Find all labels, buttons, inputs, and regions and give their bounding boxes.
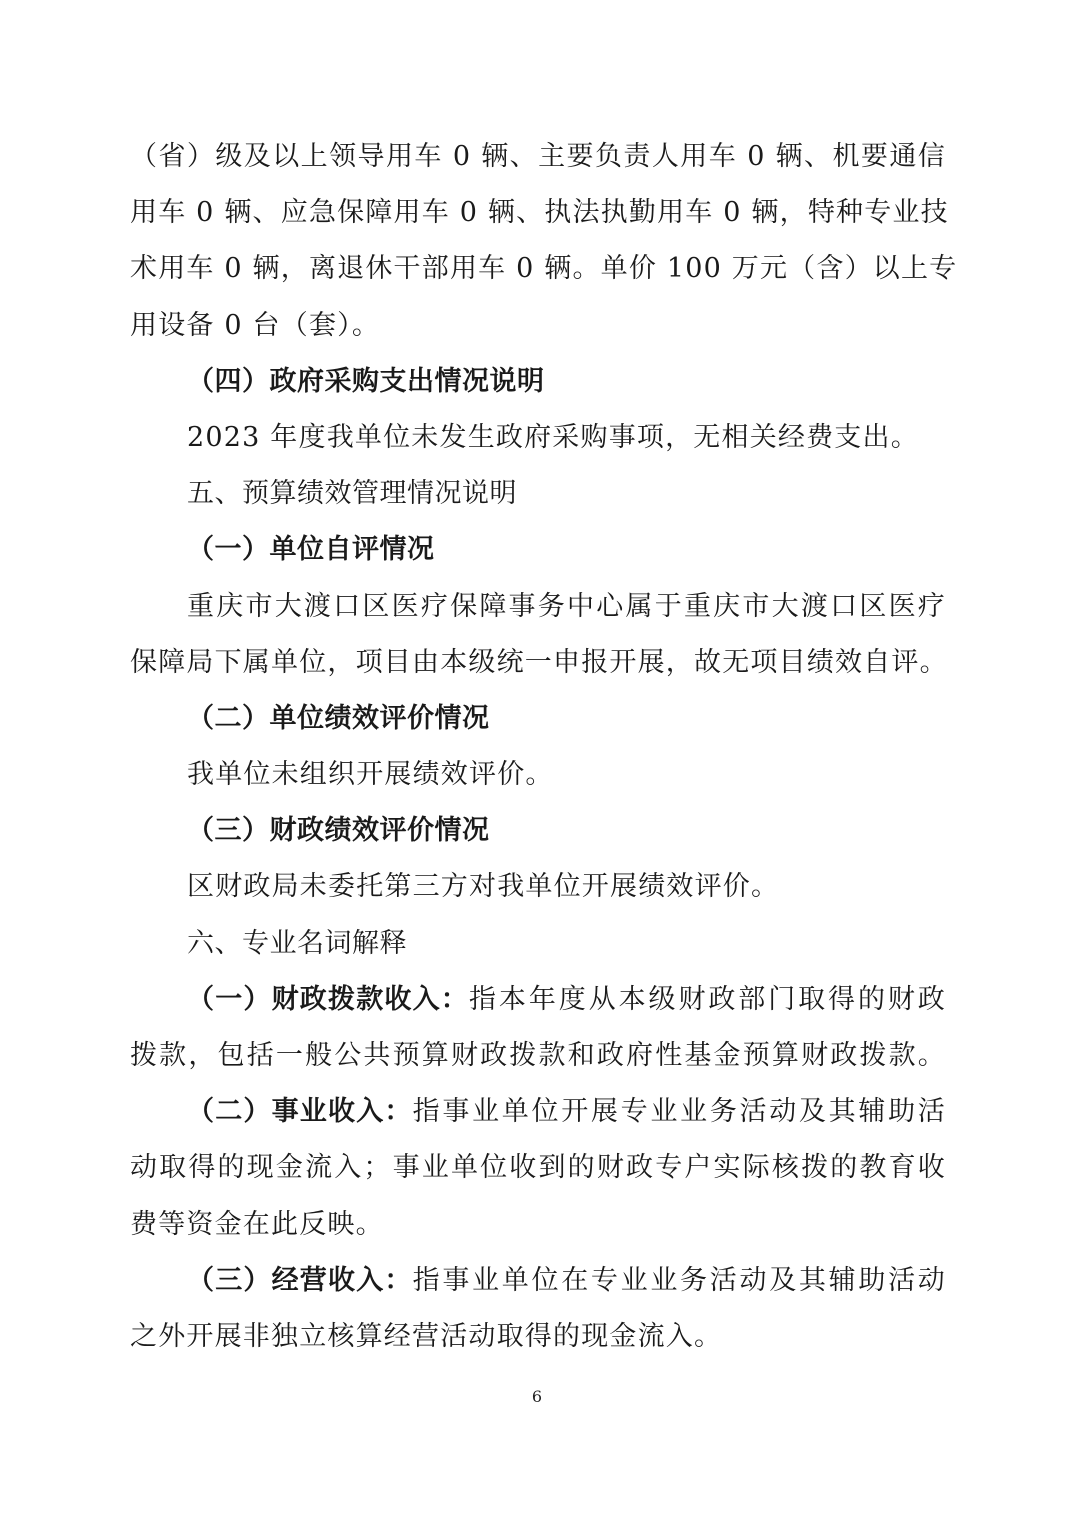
- subheading-unit-eval: （二）单位绩效评价情况: [130, 691, 946, 747]
- glossary-term: （一）财政拨款收入：: [187, 972, 469, 1028]
- gov-procurement-body: 2023 年度我单位未发生政府采购事项，无相关经费支出。: [130, 410, 946, 466]
- glossary-definition-line: 之外开展非独立核算经营活动取得的现金流入。: [130, 1309, 946, 1365]
- page-number: 6: [0, 1387, 1074, 1406]
- section-heading-glossary: 六、专业名词解释: [130, 916, 946, 972]
- glossary-item-business-income: （二）事业收入： 指事业单位开展专业业务活动及其辅助活: [130, 1084, 946, 1140]
- glossary-item-operating-income: （三）经营收入： 指事业单位在专业业务活动及其辅助活动: [130, 1253, 946, 1309]
- glossary-definition-line: 动取得的现金流入；事业单位收到的财政专户实际核拨的教育收: [130, 1140, 946, 1196]
- paragraph-line: 术用车 0 辆，离退休干部用车 0 辆。单价 100 万元（含）以上专: [130, 241, 946, 297]
- paragraph-line: （省）级及以上领导用车 0 辆、主要负责人用车 0 辆、机要通信: [130, 129, 946, 185]
- glossary-item-fiscal-appropriation: （一）财政拨款收入： 指本年度从本级财政部门取得的财政: [130, 972, 946, 1028]
- paragraph-line: 用设备 0 台（套）。: [130, 298, 946, 354]
- unit-eval-body: 我单位未组织开展绩效评价。: [130, 747, 946, 803]
- glossary-definition: 指事业单位开展专业业务活动及其辅助活: [413, 1084, 946, 1140]
- subheading-self-eval: （一）单位自评情况: [130, 522, 946, 578]
- section-heading-gov-procurement: （四）政府采购支出情况说明: [130, 354, 946, 410]
- glossary-term: （二）事业收入：: [187, 1084, 413, 1140]
- glossary-term: （三）经营收入：: [187, 1253, 413, 1309]
- self-eval-body-line: 重庆市大渡口区医疗保障事务中心属于重庆市大渡口区医疗: [130, 579, 946, 635]
- glossary-definition-line: 费等资金在此反映。: [130, 1197, 946, 1253]
- self-eval-body-line: 保障局下属单位，项目由本级统一申报开展，故无项目绩效自评。: [130, 635, 946, 691]
- document-page: （省）级及以上领导用车 0 辆、主要负责人用车 0 辆、机要通信 用车 0 辆、…: [130, 129, 946, 1365]
- subheading-fiscal-eval: （三）财政绩效评价情况: [130, 803, 946, 859]
- glossary-definition: 指本年度从本级财政部门取得的财政: [469, 972, 946, 1028]
- fiscal-eval-body: 区财政局未委托第三方对我单位开展绩效评价。: [130, 859, 946, 915]
- glossary-definition-line: 拨款，包括一般公共预算财政拨款和政府性基金预算财政拨款。: [130, 1028, 946, 1084]
- paragraph-line: 用车 0 辆、应急保障用车 0 辆、执法执勤用车 0 辆，特种专业技: [130, 185, 946, 241]
- section-heading-performance: 五、预算绩效管理情况说明: [130, 466, 946, 522]
- glossary-definition: 指事业单位在专业业务活动及其辅助活动: [413, 1253, 946, 1309]
